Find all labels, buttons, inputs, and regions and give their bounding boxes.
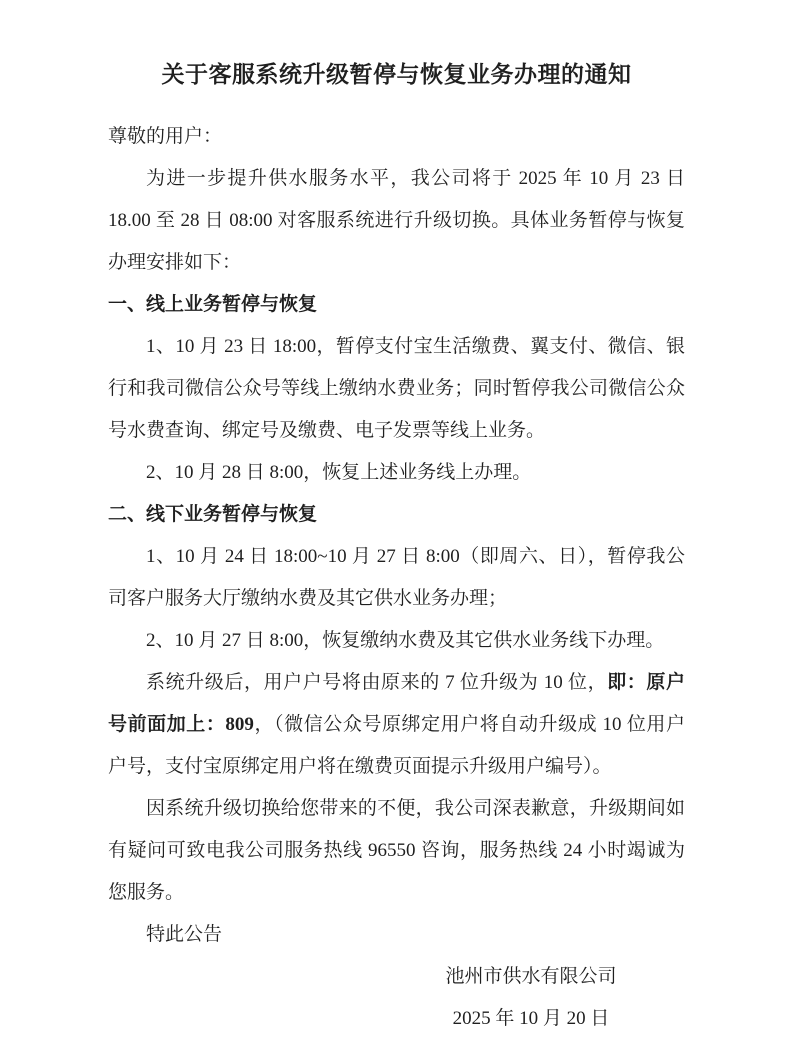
online-suspend-item: 1、10 月 23 日 18:00，暂停支付宝生活缴费、翼支付、微信、银行和我司… [108, 326, 685, 452]
offline-resume-item: 2、10 月 27 日 8:00，恢复缴纳水费及其它供水业务线下办理。 [108, 620, 685, 662]
intro-paragraph: 为进一步提升供水服务水平，我公司将于 2025 年 10 月 23 日 18.0… [108, 158, 685, 284]
section-offline-heading: 二、线下业务暂停与恢复 [108, 494, 685, 536]
document-title: 关于客服系统升级暂停与恢复业务办理的通知 [108, 50, 685, 100]
section-online-heading: 一、线上业务暂停与恢复 [108, 284, 685, 326]
notice-date: 2025 年 10 月 20 日 [391, 998, 671, 1040]
salutation: 尊敬的用户： [108, 116, 685, 158]
apology-paragraph: 因系统升级切换给您带来的不便，我公司深表歉意，升级期间如有疑问可致电我公司服务热… [108, 788, 685, 914]
online-resume-item: 2、10 月 28 日 8:00，恢复上述业务线上办理。 [108, 452, 685, 494]
closing-line: 特此公告 [108, 914, 685, 956]
offline-suspend-item: 1、10 月 24 日 18:00~10 月 27 日 8:00（即周六、日），… [108, 536, 685, 620]
account-upgrade-text-pre: 系统升级后，用户户号将由原来的 7 位升级为 10 位， [146, 672, 607, 693]
account-upgrade-paragraph: 系统升级后，用户户号将由原来的 7 位升级为 10 位，即：原户号前面加上：80… [108, 662, 685, 788]
signature-block: 池州市供水有限公司 2025 年 10 月 20 日 [391, 956, 671, 1040]
notice-document-page: 关于客服系统升级暂停与恢复业务办理的通知 尊敬的用户： 为进一步提升供水服务水平… [0, 0, 793, 1053]
company-name: 池州市供水有限公司 [391, 956, 671, 998]
